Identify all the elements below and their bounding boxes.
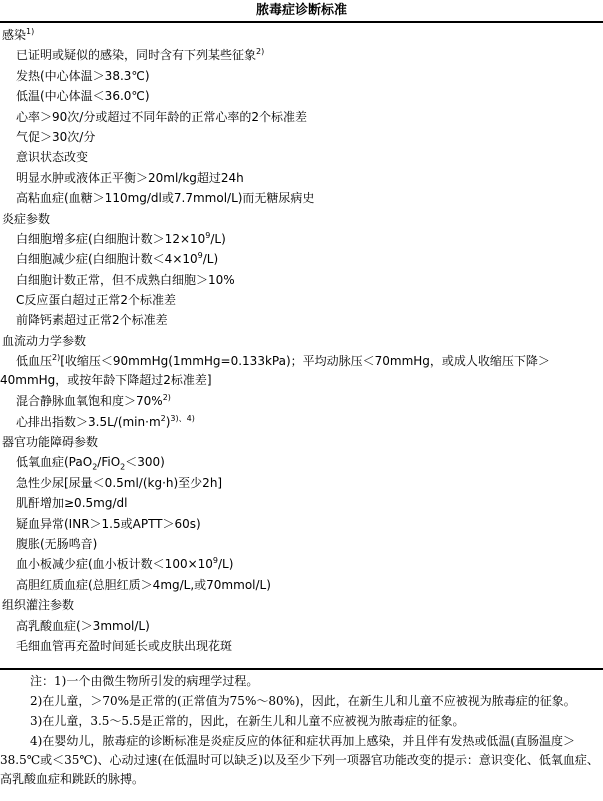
criterion-item: 急性少尿[尿量＜0.5ml/(kg·h)至少2h] xyxy=(0,473,603,493)
criterion-item: 已证明或疑似的感染，同时含有下列某些征象2) xyxy=(0,45,603,65)
heading-text: 感染 xyxy=(2,28,26,42)
criterion-item: 心排出指数＞3.5L/(min·m2)3)、4) xyxy=(0,412,603,432)
item-text: 白细胞减少症(白细胞计数＜4×10 xyxy=(16,252,198,266)
criterion-item: 发热(中心体温＞38.3℃) xyxy=(0,66,603,86)
criterion-item: 高乳酸血症(＞3mmol/L) xyxy=(0,616,603,636)
item-text: 发热(中心体温＞38.3℃) xyxy=(16,69,150,83)
heading-text: 组织灌注参数 xyxy=(2,598,74,612)
item-text: 低血压 xyxy=(16,354,52,368)
footnote-2: 2)在儿童，＞70%是正常的(正常值为75%～80%)，因此，在新生儿和儿童不应… xyxy=(0,692,601,711)
criteria-list: 感染1) 已证明或疑似的感染，同时含有下列某些征象2) 发热(中心体温＞38.3… xyxy=(0,25,603,656)
item-text: 高粘血症(血糖＞110mg/dl或7.7mmol/L)而无糖尿病史 xyxy=(16,191,314,205)
item-text: 混合静脉血氧饱和度＞70% xyxy=(16,394,163,408)
criterion-item: 低温(中心体温＜36.0℃) xyxy=(0,86,603,106)
section-heading-inflammation: 炎症参数 xyxy=(0,209,603,229)
criterion-item: 毛细血管再充盈时间延长或皮肤出现花斑 xyxy=(0,636,603,656)
criterion-item: C反应蛋白超过正常2个标准差 xyxy=(0,290,603,310)
item-text: 前降钙素超过正常2个标准差 xyxy=(16,313,168,327)
item-text: 白细胞计数正常，但不成熟白细胞＞10% xyxy=(16,273,235,287)
heading-text: 炎症参数 xyxy=(2,212,50,226)
item-text: 明显水肿或液体正平衡＞20ml/kg超过24h xyxy=(16,171,244,185)
footnote-3: 3)在儿童，3.5～5.5是正常的，因此，在新生儿和儿童不应被视为脓毒症的征象。 xyxy=(0,712,601,731)
footnote-ref: 1) xyxy=(26,27,34,36)
item-text: 低氧血症(PaO xyxy=(16,455,92,469)
criterion-item: 高胆红质血症(总胆红质＞4mg/L,或70mmol/L) xyxy=(0,575,603,595)
criterion-item: 气促＞30次/分 xyxy=(0,127,603,147)
criterion-item: 血小板减少症(血小板计数＜100×109/L) xyxy=(0,554,603,574)
section-heading-hemodynamic: 血流动力学参数 xyxy=(0,331,603,351)
footnote-1: 注：1)一个由微生物所引发的病理学过程。 xyxy=(0,672,601,691)
criterion-item: 白细胞减少症(白细胞计数＜4×109/L) xyxy=(0,249,603,269)
criterion-item: 白细胞计数正常，但不成熟白细胞＞10% xyxy=(0,270,603,290)
section-heading-tissue-perfusion: 组织灌注参数 xyxy=(0,595,603,615)
item-text: ＜300) xyxy=(125,455,165,469)
bottom-rule xyxy=(0,668,603,670)
item-text: 心排出指数＞3.5L/(min·m xyxy=(16,415,161,429)
item-text: 已证明或疑似的感染，同时含有下列某些征象 xyxy=(16,48,256,62)
footnotes: 注：1)一个由微生物所引发的病理学过程。 2)在儿童，＞70%是正常的(正常值为… xyxy=(0,672,601,790)
footnote-4: 4)在婴幼儿，脓毒症的诊断标准是炎症反应的体征和症状再加上感染，并且伴有发热或低… xyxy=(0,732,601,789)
item-text: /FiO xyxy=(97,455,120,469)
item-text: 低温(中心体温＜36.0℃) xyxy=(16,89,150,103)
item-text: 意识状态改变 xyxy=(16,150,88,164)
criterion-item: 明显水肿或液体正平衡＞20ml/kg超过24h xyxy=(0,168,603,188)
criterion-item: 肌酐增加≥0.5mg/dl xyxy=(0,493,603,513)
criterion-item: 腹胀(无肠鸣音) xyxy=(0,534,603,554)
item-text: /L) xyxy=(218,557,233,571)
item-text: 急性少尿[尿量＜0.5ml/(kg·h)至少2h] xyxy=(16,476,222,490)
criterion-item: 高粘血症(血糖＞110mg/dl或7.7mmol/L)而无糖尿病史 xyxy=(0,188,603,208)
section-heading-infection: 感染1) xyxy=(0,25,603,45)
criterion-item: 白细胞增多症(白细胞计数＞12×109/L) xyxy=(0,229,603,249)
heading-text: 器官功能障碍参数 xyxy=(2,435,98,449)
item-text: 气促＞30次/分 xyxy=(16,130,95,144)
item-text: 高胆红质血症(总胆红质＞4mg/L,或70mmol/L) xyxy=(16,578,271,592)
item-text: C反应蛋白超过正常2个标准差 xyxy=(16,293,176,307)
criterion-item: 心率＞90次/分或超过不同年龄的正常心率的2个标准差 xyxy=(0,107,603,127)
footnote-ref: 2) xyxy=(163,393,171,402)
item-text: [收缩压＜90mmHg(1mmHg=0.133kPa)；平均动脉压＜70mmHg… xyxy=(0,354,550,387)
criterion-item: 前降钙素超过正常2个标准差 xyxy=(0,310,603,330)
footnote-ref: 2) xyxy=(52,353,60,362)
criterion-item: 意识状态改变 xyxy=(0,147,603,167)
footnote-ref: 2) xyxy=(256,47,264,56)
criterion-item: 混合静脉血氧饱和度＞70%2) xyxy=(0,391,603,411)
top-rule xyxy=(0,21,603,23)
item-text: 白细胞增多症(白细胞计数＞12×10 xyxy=(16,232,205,246)
item-text: 腹胀(无肠鸣音) xyxy=(16,537,97,551)
criterion-item: 低血压2)[收缩压＜90mmHg(1mmHg=0.133kPa)；平均动脉压＜7… xyxy=(0,351,603,391)
item-text: 肌酐增加≥0.5mg/dl xyxy=(16,496,127,510)
item-text: 血小板减少症(血小板计数＜100×10 xyxy=(16,557,213,571)
item-text: 毛细血管再充盈时间延长或皮肤出现花斑 xyxy=(16,639,232,653)
item-text: 心率＞90次/分或超过不同年龄的正常心率的2个标准差 xyxy=(16,110,307,124)
heading-text: 血流动力学参数 xyxy=(2,334,86,348)
criterion-item: 低氧血症(PaO2/FiO2＜300) xyxy=(0,452,603,472)
item-text: /L) xyxy=(210,232,225,246)
item-text: 高乳酸血症(＞3mmol/L) xyxy=(16,619,150,633)
footnote-ref: 3)、4) xyxy=(170,414,194,423)
table-title: 脓毒症诊断标准 xyxy=(0,3,603,19)
section-heading-organ-dysfunction: 器官功能障碍参数 xyxy=(0,432,603,452)
criterion-item: 疑血异常(INR＞1.5或APTT＞60s) xyxy=(0,514,603,534)
item-text: 疑血异常(INR＞1.5或APTT＞60s) xyxy=(16,517,201,531)
item-text: /L) xyxy=(203,252,218,266)
